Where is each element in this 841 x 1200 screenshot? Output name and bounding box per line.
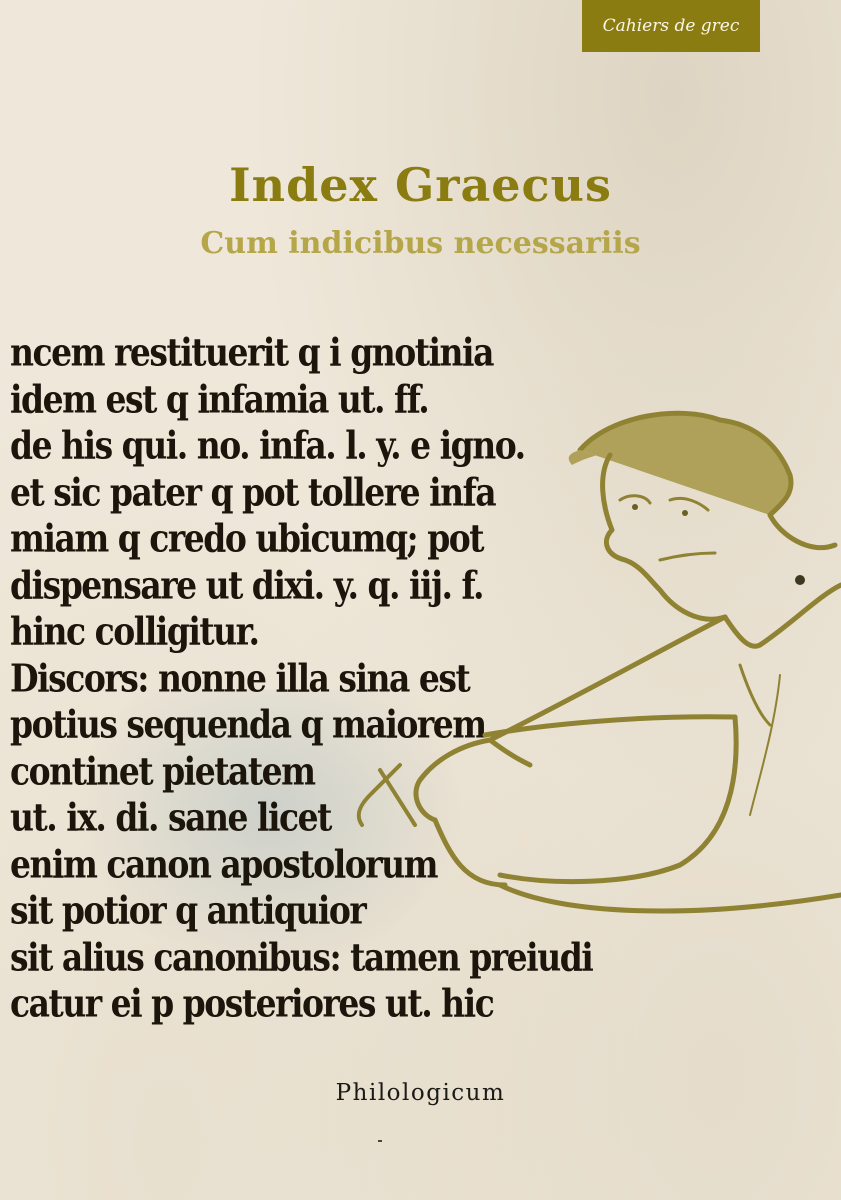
publisher-name: Philologicum <box>0 1080 841 1106</box>
pointing-figure-drawing <box>340 395 841 955</box>
book-subtitle: Cum indicibus necessariis <box>0 226 841 261</box>
decorative-mark <box>378 1140 382 1142</box>
series-label: Cahiers de grec <box>603 16 740 36</box>
manuscript-line: ncem restituerit q i gnotinia <box>10 327 530 380</box>
book-title: Index Graecus <box>0 158 841 212</box>
series-badge: Cahiers de grec <box>582 0 760 52</box>
manuscript-line: catur ei p posteriores ut. hic <box>10 978 530 1031</box>
book-cover: Cahiers de grec Index Graecus Cum indici… <box>0 0 841 1200</box>
